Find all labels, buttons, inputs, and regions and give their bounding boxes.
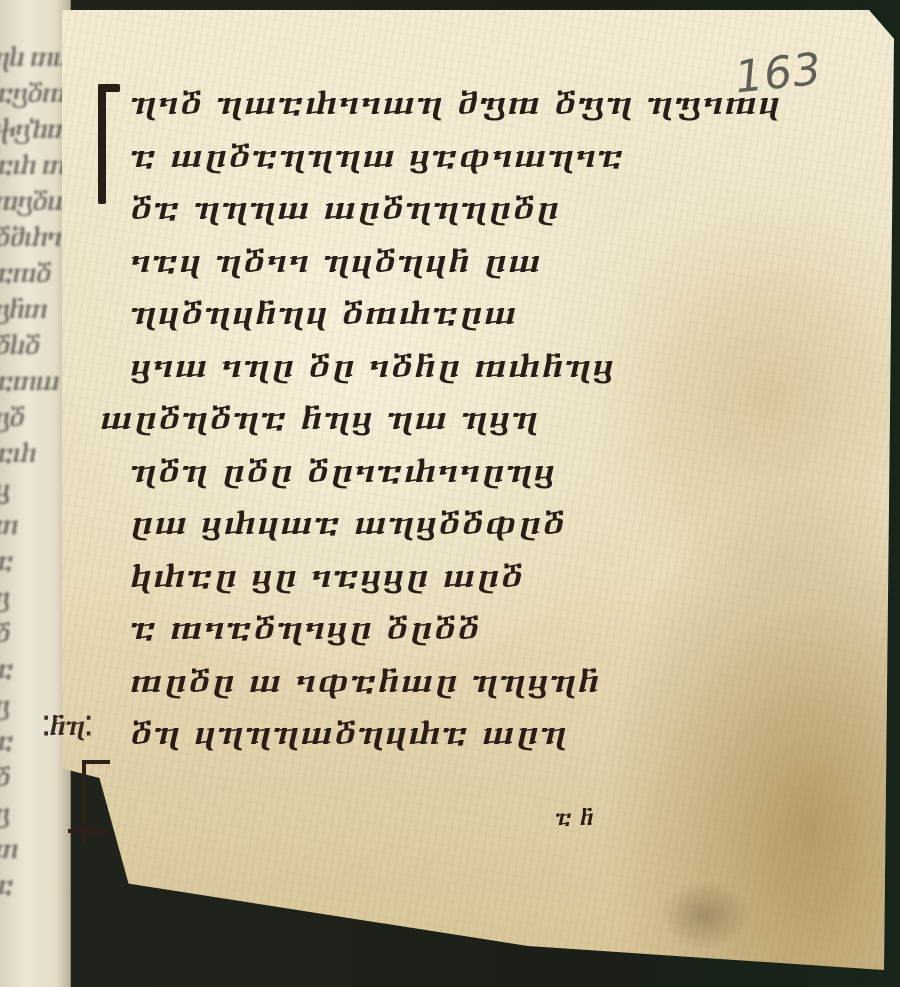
manuscript-line: ⴚⴍ ⴁⴐⴗⴍⴀ ⴍⴄⴁⴃⴃⴔⴚⴃ <box>100 501 720 548</box>
manuscript-line: ⴊⴚⴃⴚ ⴍ ⴈⴔⴀⴌⴍⴚ ⴄⴄⴁⴄⴌ <box>100 658 720 705</box>
manuscript-line: ⴉⴐⴀⴚ ⴁⴚ ⴈⴀⴁⴁⴚ ⴍⴚⴃ <box>100 553 720 600</box>
parchment-stain <box>660 880 750 950</box>
manuscript-line: ⴀ ⴍⴚⴃⴀⴄⴄⴄⴍ ⴁⴀⴔⴈⴍⴄⴈⴀ <box>100 133 720 180</box>
manuscript-line: ⴍⴚⴃⴄⴃⴄⴀ ⴌⴄⴁ ⴄⴍ ⴄⴁⴄ <box>100 396 720 443</box>
margin-mark-icon <box>82 760 86 845</box>
manuscript-line: ⴁⴈⴍ ⴈⴄⴚ ⴃⴚ ⴈⴃⴌⴚ ⴊⴐⴌⴄⴁ <box>100 343 720 390</box>
manuscript-line: ⴀ ⴊⴈⴀⴃⴄⴈⴁⴚ ⴃⴚⴃⴃ <box>100 606 720 653</box>
manuscript-line: ⴄⴈⴃ ⴄⴍⴀⴐⴈⴈⴍⴄ ⴋⴂⴊ ⴃⴂⴄ ⴄⴂⴈⴊⴗ <box>100 81 720 128</box>
manuscript-line: ⴈⴀⴗ ⴄⴃⴈⴈ ⴄⴗⴃⴄⴗⴌ ⴚⴍ <box>100 238 720 285</box>
manuscript-line: ⴃⴄ ⴗⴄⴄⴄⴍⴃⴄⴗⴐⴀ ⴍⴚⴄ <box>100 711 720 758</box>
facing-page-edge: ⴄⴑ ⴇⴍ ⴀⴂⴃⴊⴋ ⴕⴂⴆⴇ ⴀⴐ ⴇ ⴊⴂⴃⴍ ⴃⴋⴐⴈ ⴀⴊⴃ ⴂⴌⴇ … <box>0 0 71 987</box>
facing-page-text: ⴄⴑ ⴇⴍ ⴀⴂⴃⴊⴋ ⴕⴂⴆⴇ ⴀⴐ ⴇ ⴊⴂⴃⴍ ⴃⴋⴐⴈ ⴀⴊⴃ ⴂⴌⴇ … <box>0 40 64 904</box>
sub-line-text: ⴀ ⴌ <box>555 805 594 831</box>
margin-annotation: ⁚ⴌⴄ⁚ <box>42 712 92 742</box>
manuscript-line: ⴃⴀ ⴄⴄⴄⴍ ⴍⴚⴃⴄⴄⴄⴚⴃⴚ <box>100 186 720 233</box>
manuscript-line: ⴄⴃⴄ ⴚⴃⴚ ⴃⴚⴈⴀⴐⴈⴈⴚⴄⴁ <box>100 448 720 495</box>
manuscript-text-block: ⴄⴈⴃ ⴄⴍⴀⴐⴈⴈⴍⴄ ⴋⴂⴊ ⴃⴂⴄ ⴄⴂⴈⴊⴗ ⴀ ⴍⴚⴃⴀⴄⴄⴄⴍ ⴁⴀ… <box>100 78 720 761</box>
manuscript-line: ⴄⴗⴃⴄⴗⴌⴄⴗ ⴃⴊⴐⴀⴚⴍ <box>100 291 720 338</box>
